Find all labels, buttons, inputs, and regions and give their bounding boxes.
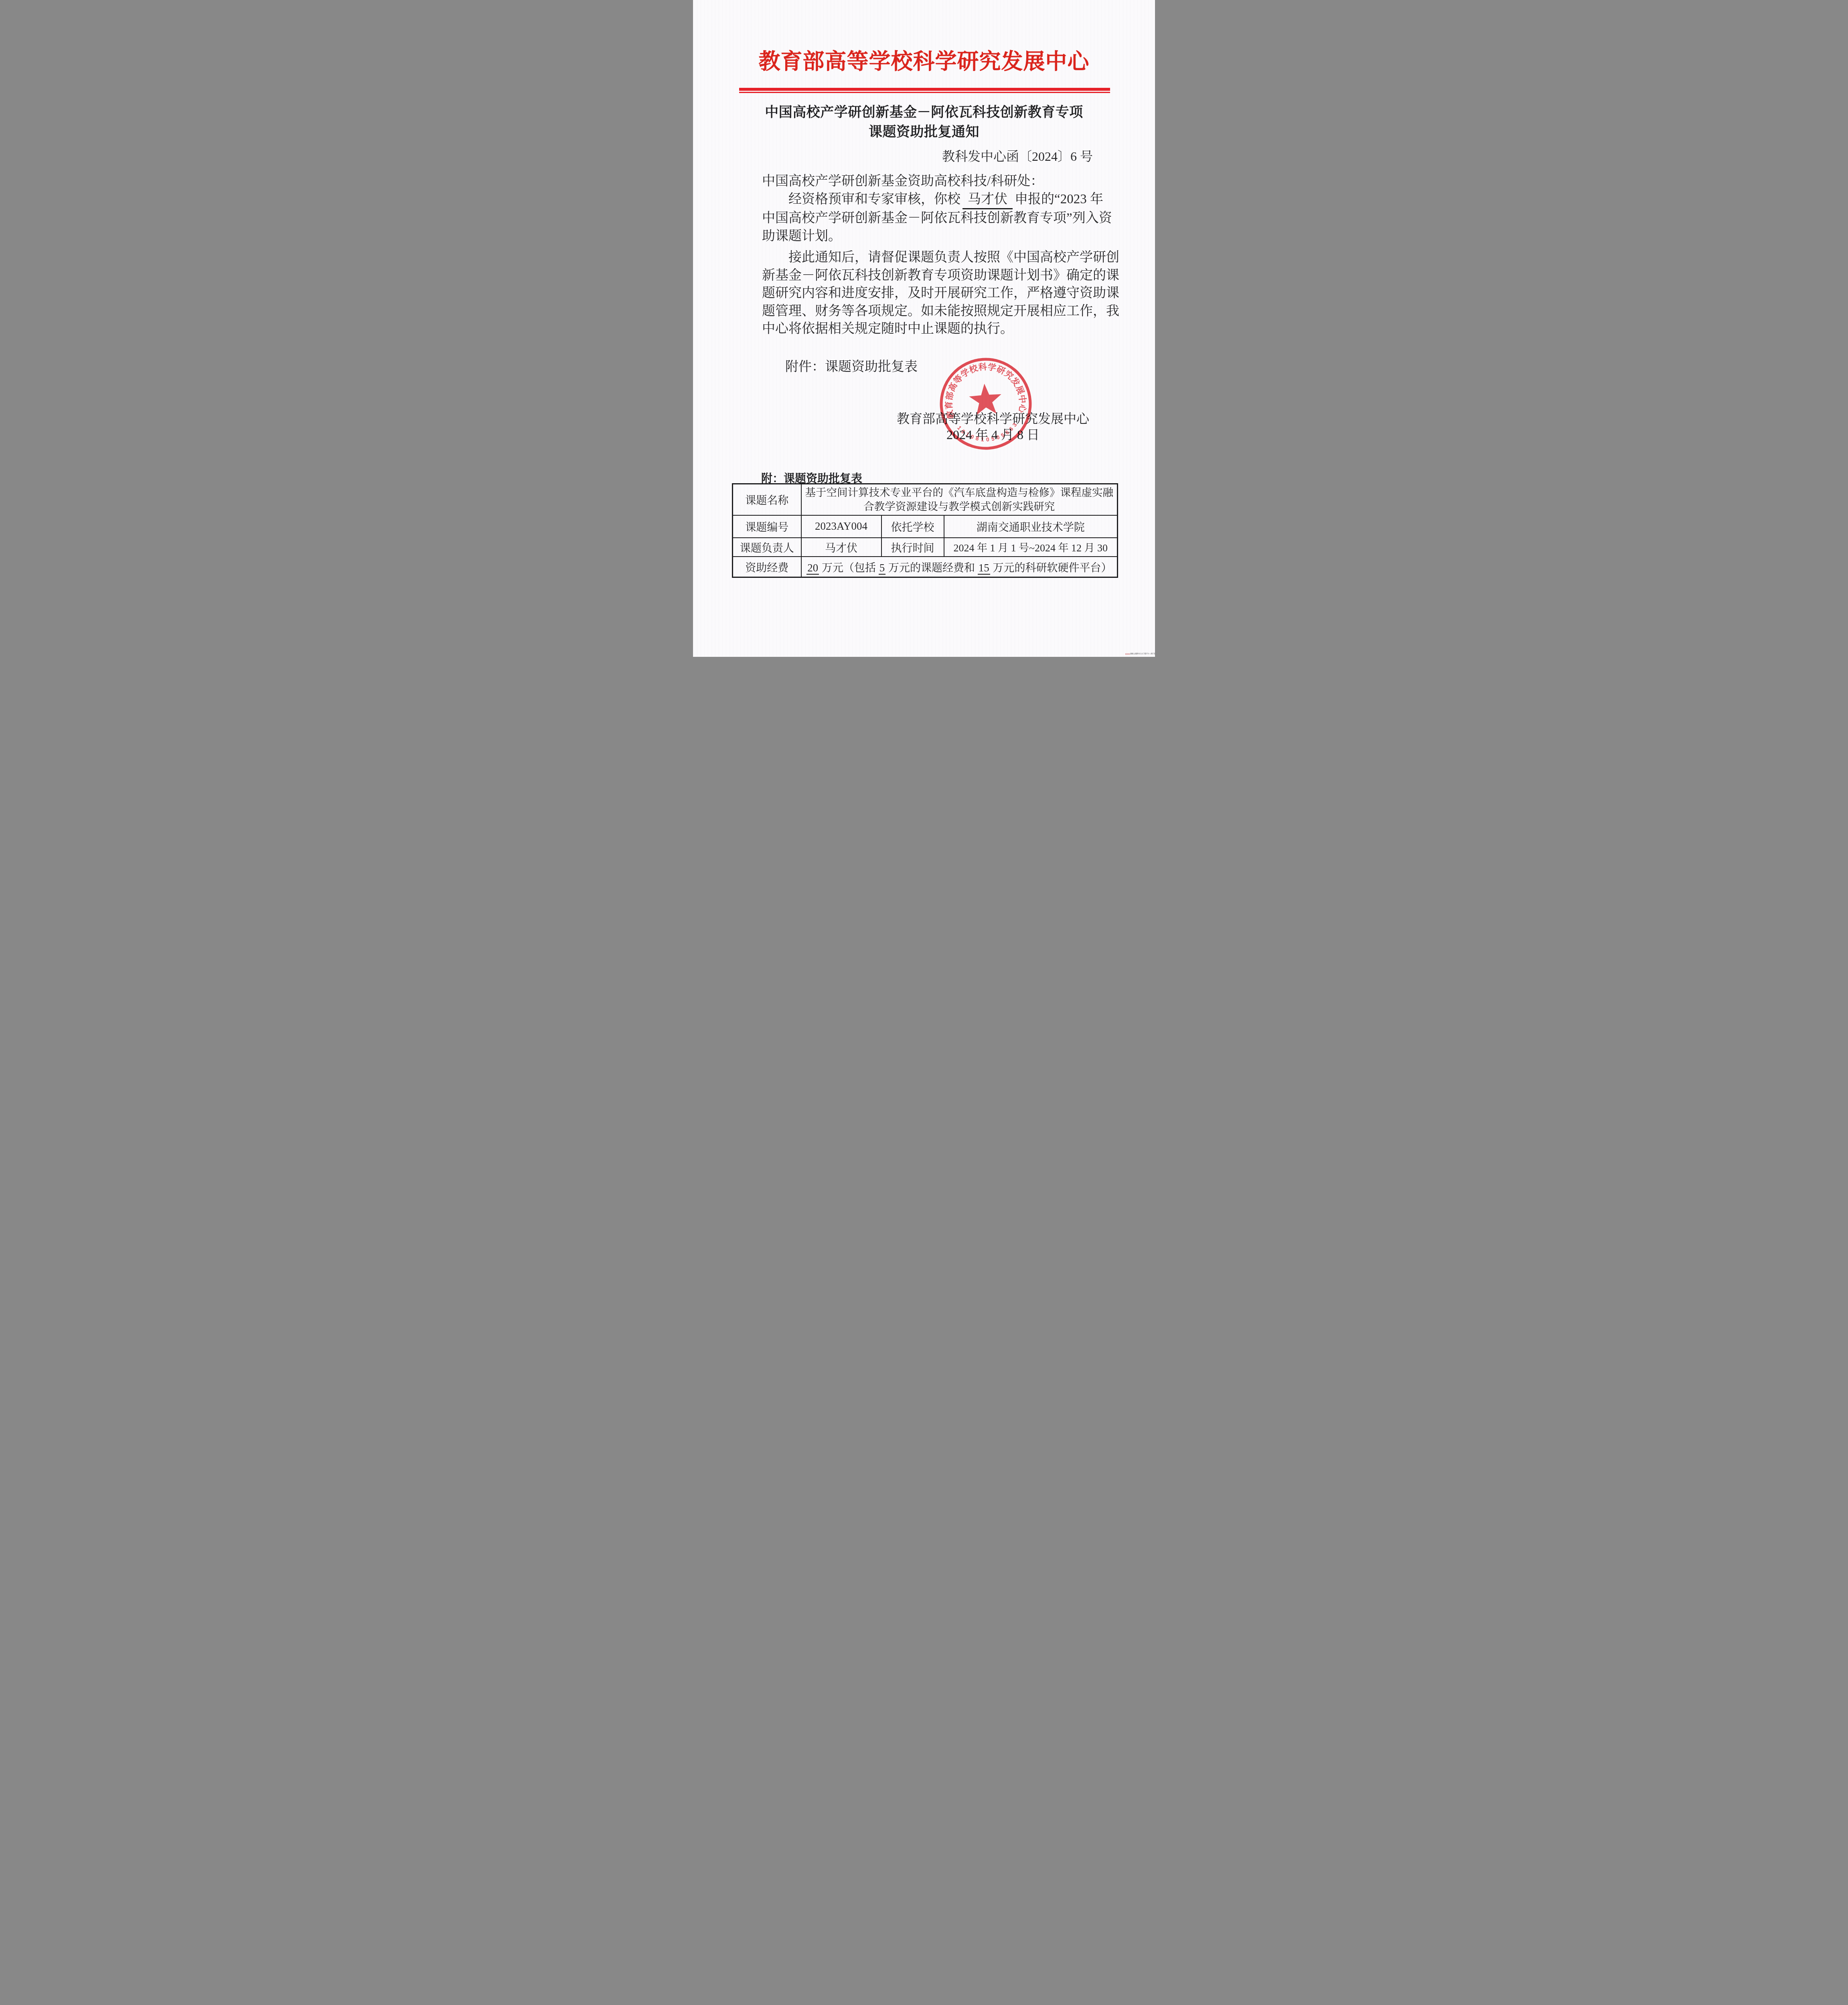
attachment-note: 附件：课题资助批复表 xyxy=(762,358,1097,376)
paragraph1-line2: 中国高校产学研创新基金－阿依瓦科技创新教育专项”列入资 xyxy=(762,209,1097,227)
paragraph2-line3: 题研究内容和进度安排，及时开展研究工作，严格遵守资助课 xyxy=(762,284,1097,302)
applicant-name-underlined: 马才伏 xyxy=(962,190,1013,210)
notice-title-line2: 课题资助批复通知 xyxy=(693,122,1155,142)
value-funding: 20 万元（包括 5 万元的课题经费和 15 万元的科研软硬件平台） xyxy=(801,557,1118,577)
scanned-document-page: 教育部高等学校科学研究发展中心 中国高校产学研创新基金－阿依瓦科技创新教育专项 … xyxy=(693,0,1155,657)
table-row-project-leader: 课题负责人 马才伏 执行时间 2024 年 1 月 1 号~2024 年 12 … xyxy=(733,538,1118,557)
approval-table: 课题名称 基于空间计算技术专业平台的《汽车底盘构造与检修》课程虚实融合教学资源建… xyxy=(732,483,1118,578)
label-project-leader: 课题负责人 xyxy=(733,538,801,557)
table-row-project-number: 课题编号 2023AY004 依托学校 湖南交通职业技术学院 xyxy=(733,515,1118,538)
label-funding: 资助经费 xyxy=(733,557,801,577)
watermark-red-mark xyxy=(1125,653,1130,655)
table-row-funding: 资助经费 20 万元（包括 5 万元的课题经费和 15 万元的科研软硬件平台） xyxy=(733,557,1118,577)
notice-title-line1: 中国高校产学研创新基金－阿依瓦科技创新教育专项 xyxy=(693,103,1155,122)
official-red-seal: 教育部高等学校科学研究发展中心 1010810505663 xyxy=(935,353,1037,455)
funding-amount-project: 5 xyxy=(879,562,886,575)
paragraph1-line3: 助课题计划。 xyxy=(762,227,1097,245)
document-number: 教科发中心函〔2024〕6 号 xyxy=(942,148,1093,165)
label-execution-period: 执行时间 xyxy=(881,538,944,557)
label-project-name: 课题名称 xyxy=(733,484,801,515)
footer-watermark: 湖南交通职业技术学院汽车工程学院第一党支部 xyxy=(1125,653,1155,655)
letterhead-title: 教育部高等学校科学研究发展中心 xyxy=(693,48,1155,75)
letter-body: 中国高校产学研创新基金资助高校科技/科研处： 经资格预审和专家审核，你校马才伏申… xyxy=(762,172,1097,376)
paragraph2-line2: 新基金－阿依瓦科技创新教育专项资助课题计划书》确定的课 xyxy=(762,267,1097,285)
label-host-school: 依托学校 xyxy=(881,515,944,538)
funding-amount-platform: 15 xyxy=(978,562,990,575)
red-divider-line xyxy=(739,88,1110,93)
value-host-school: 湖南交通职业技术学院 xyxy=(944,515,1118,538)
value-project-number: 2023AY004 xyxy=(801,515,881,538)
paragraph2-line5: 中心将依据相关规定随时中止课题的执行。 xyxy=(762,320,1097,338)
value-project-name: 基于空间计算技术专业平台的《汽车底盘构造与检修》课程虚实融合教学资源建设与教学模… xyxy=(801,484,1118,515)
paragraph1-line1: 经资格预审和专家审核，你校马才伏申报的“2023 年 xyxy=(762,190,1097,210)
value-project-leader: 马才伏 xyxy=(801,538,881,557)
salutation-line: 中国高校产学研创新基金资助高校科技/科研处： xyxy=(762,172,1097,190)
paragraph2-line1: 接此通知后，请督促课题负责人按照《中国高校产学研创 xyxy=(762,249,1097,267)
table-row-project-name: 课题名称 基于空间计算技术专业平台的《汽车底盘构造与检修》课程虚实融合教学资源建… xyxy=(733,484,1118,515)
red-divider-thin-bar xyxy=(739,92,1110,93)
seal-star-icon xyxy=(968,383,1003,415)
watermark-text: 湖南交通职业技术学院汽车工程学院第一党支部 xyxy=(1130,653,1155,655)
notice-title: 中国高校产学研创新基金－阿依瓦科技创新教育专项 课题资助批复通知 xyxy=(693,103,1155,142)
red-divider-thick-bar xyxy=(739,88,1110,91)
paragraph2-line4: 题管理、财务等各项规定。如未能按照规定开展相应工作，我 xyxy=(762,302,1097,320)
value-execution-period: 2024 年 1 月 1 号~2024 年 12 月 30 xyxy=(944,538,1118,557)
funding-amount-total: 20 xyxy=(806,562,819,575)
label-project-number: 课题编号 xyxy=(733,515,801,538)
